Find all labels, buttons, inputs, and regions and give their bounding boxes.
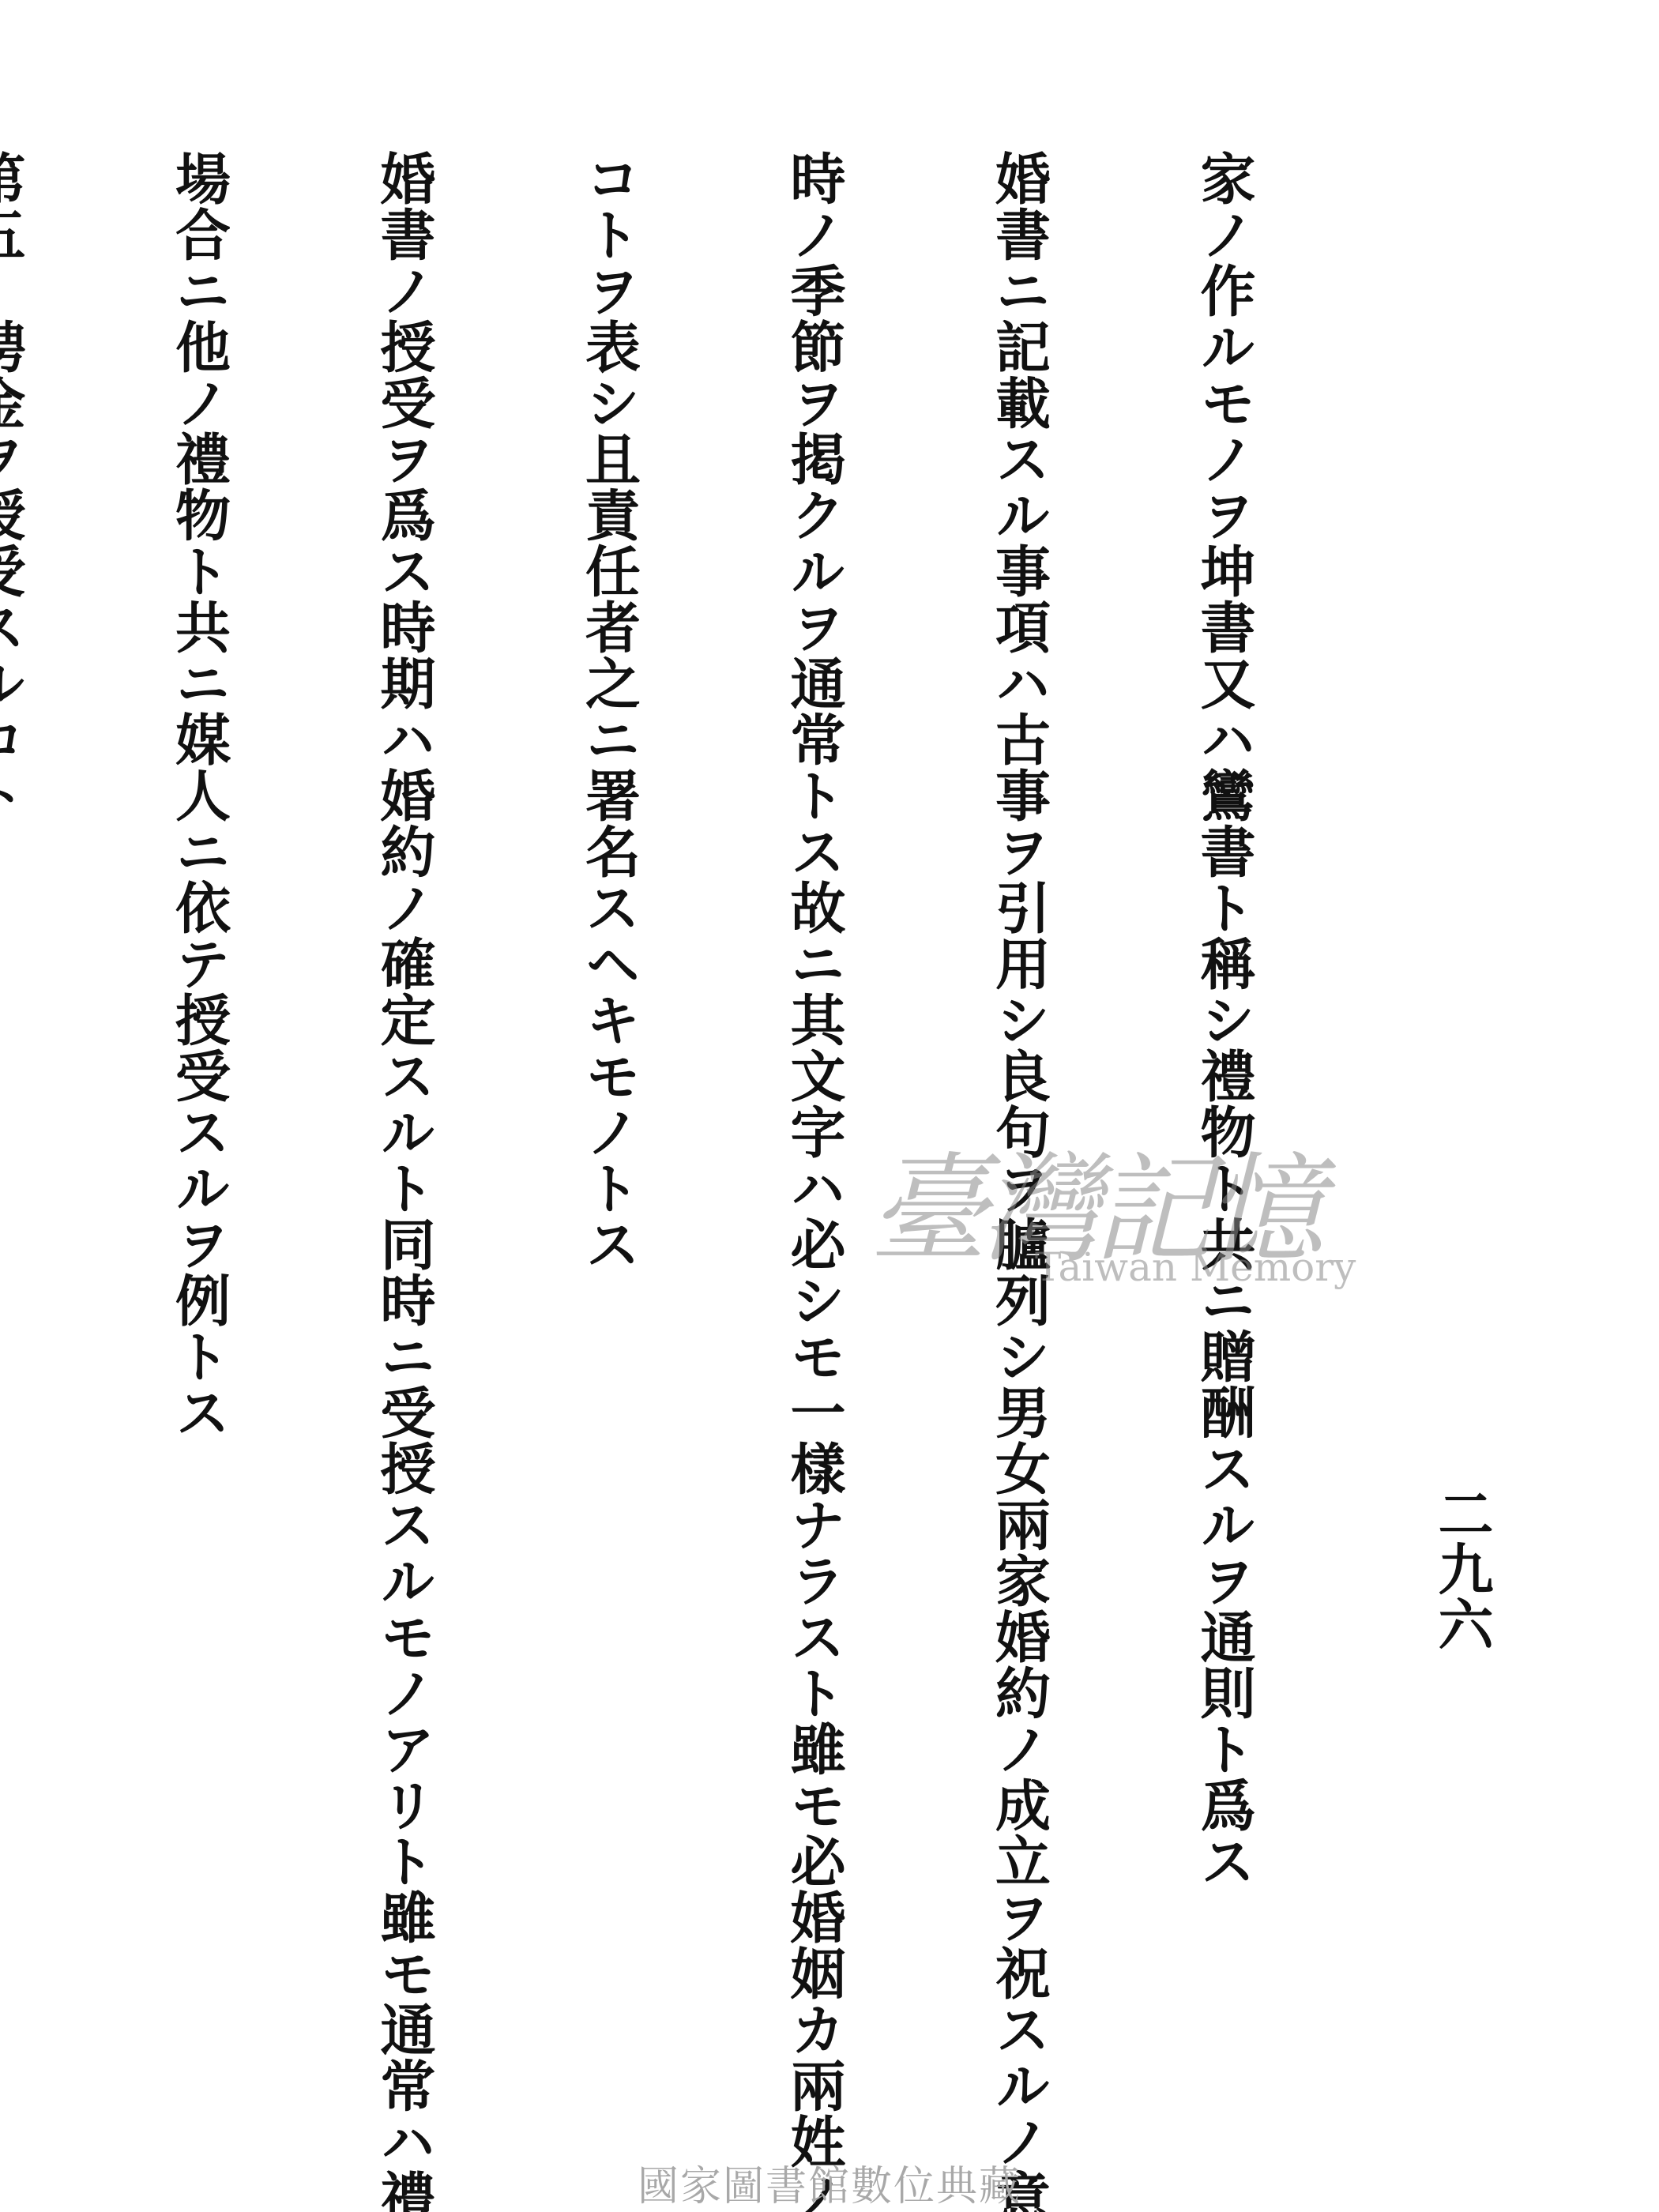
scanned-page: 二九六 家ノ作ルモノヲ坤書又ハ鸞書ト稱シ禮物ト共ニ贈酬スルヲ通則ト爲ス 婚書ニ記… [0, 0, 1659, 2212]
footer-library-credit: 國家圖書館數位典藏 [0, 2153, 1659, 2212]
text-column: 家ノ作ルモノヲ坤書又ハ鸞書ト稱シ禮物ト共ニ贈酬スルヲ通則ト爲ス [1190, 150, 1258, 2062]
body-text-vertical: 家ノ作ルモノヲ坤書又ハ鸞書ト稱シ禮物ト共ニ贈酬スルヲ通則ト爲ス 婚書ニ記載スル事… [0, 150, 1394, 2062]
page-number: 二九六 [1430, 1485, 1493, 1651]
text-column: 時ノ季節ヲ掲クルヲ通常トス故ニ其文字ハ必シモ一樣ナラスト雖モ必婚姻カ兩姓ノ合意ニ… [780, 150, 848, 2062]
text-column: コトヲ表シ且責任者之ニ署名スヘキモノトス [574, 150, 643, 2062]
section-heading: 第五 聘金ヲ授受スルコト [0, 150, 28, 2062]
text-column: 婚書ノ授受ヲ爲ス時期ハ婚約ノ確定スルト同時ニ受授スルモノアリト雖モ通常ハ禮金ヲ完… [370, 150, 438, 2062]
text-column: 婚書ニ記載スル事項ハ古事ヲ引用シ良句ヲ臚列シ男女兩家婚約ノ成立ヲ祝スルノ意ヲ表シ… [984, 150, 1053, 2062]
text-column: 場合ニ他ノ禮物ト共ニ媒人ニ依テ授受スルヲ例トス [164, 150, 233, 2062]
